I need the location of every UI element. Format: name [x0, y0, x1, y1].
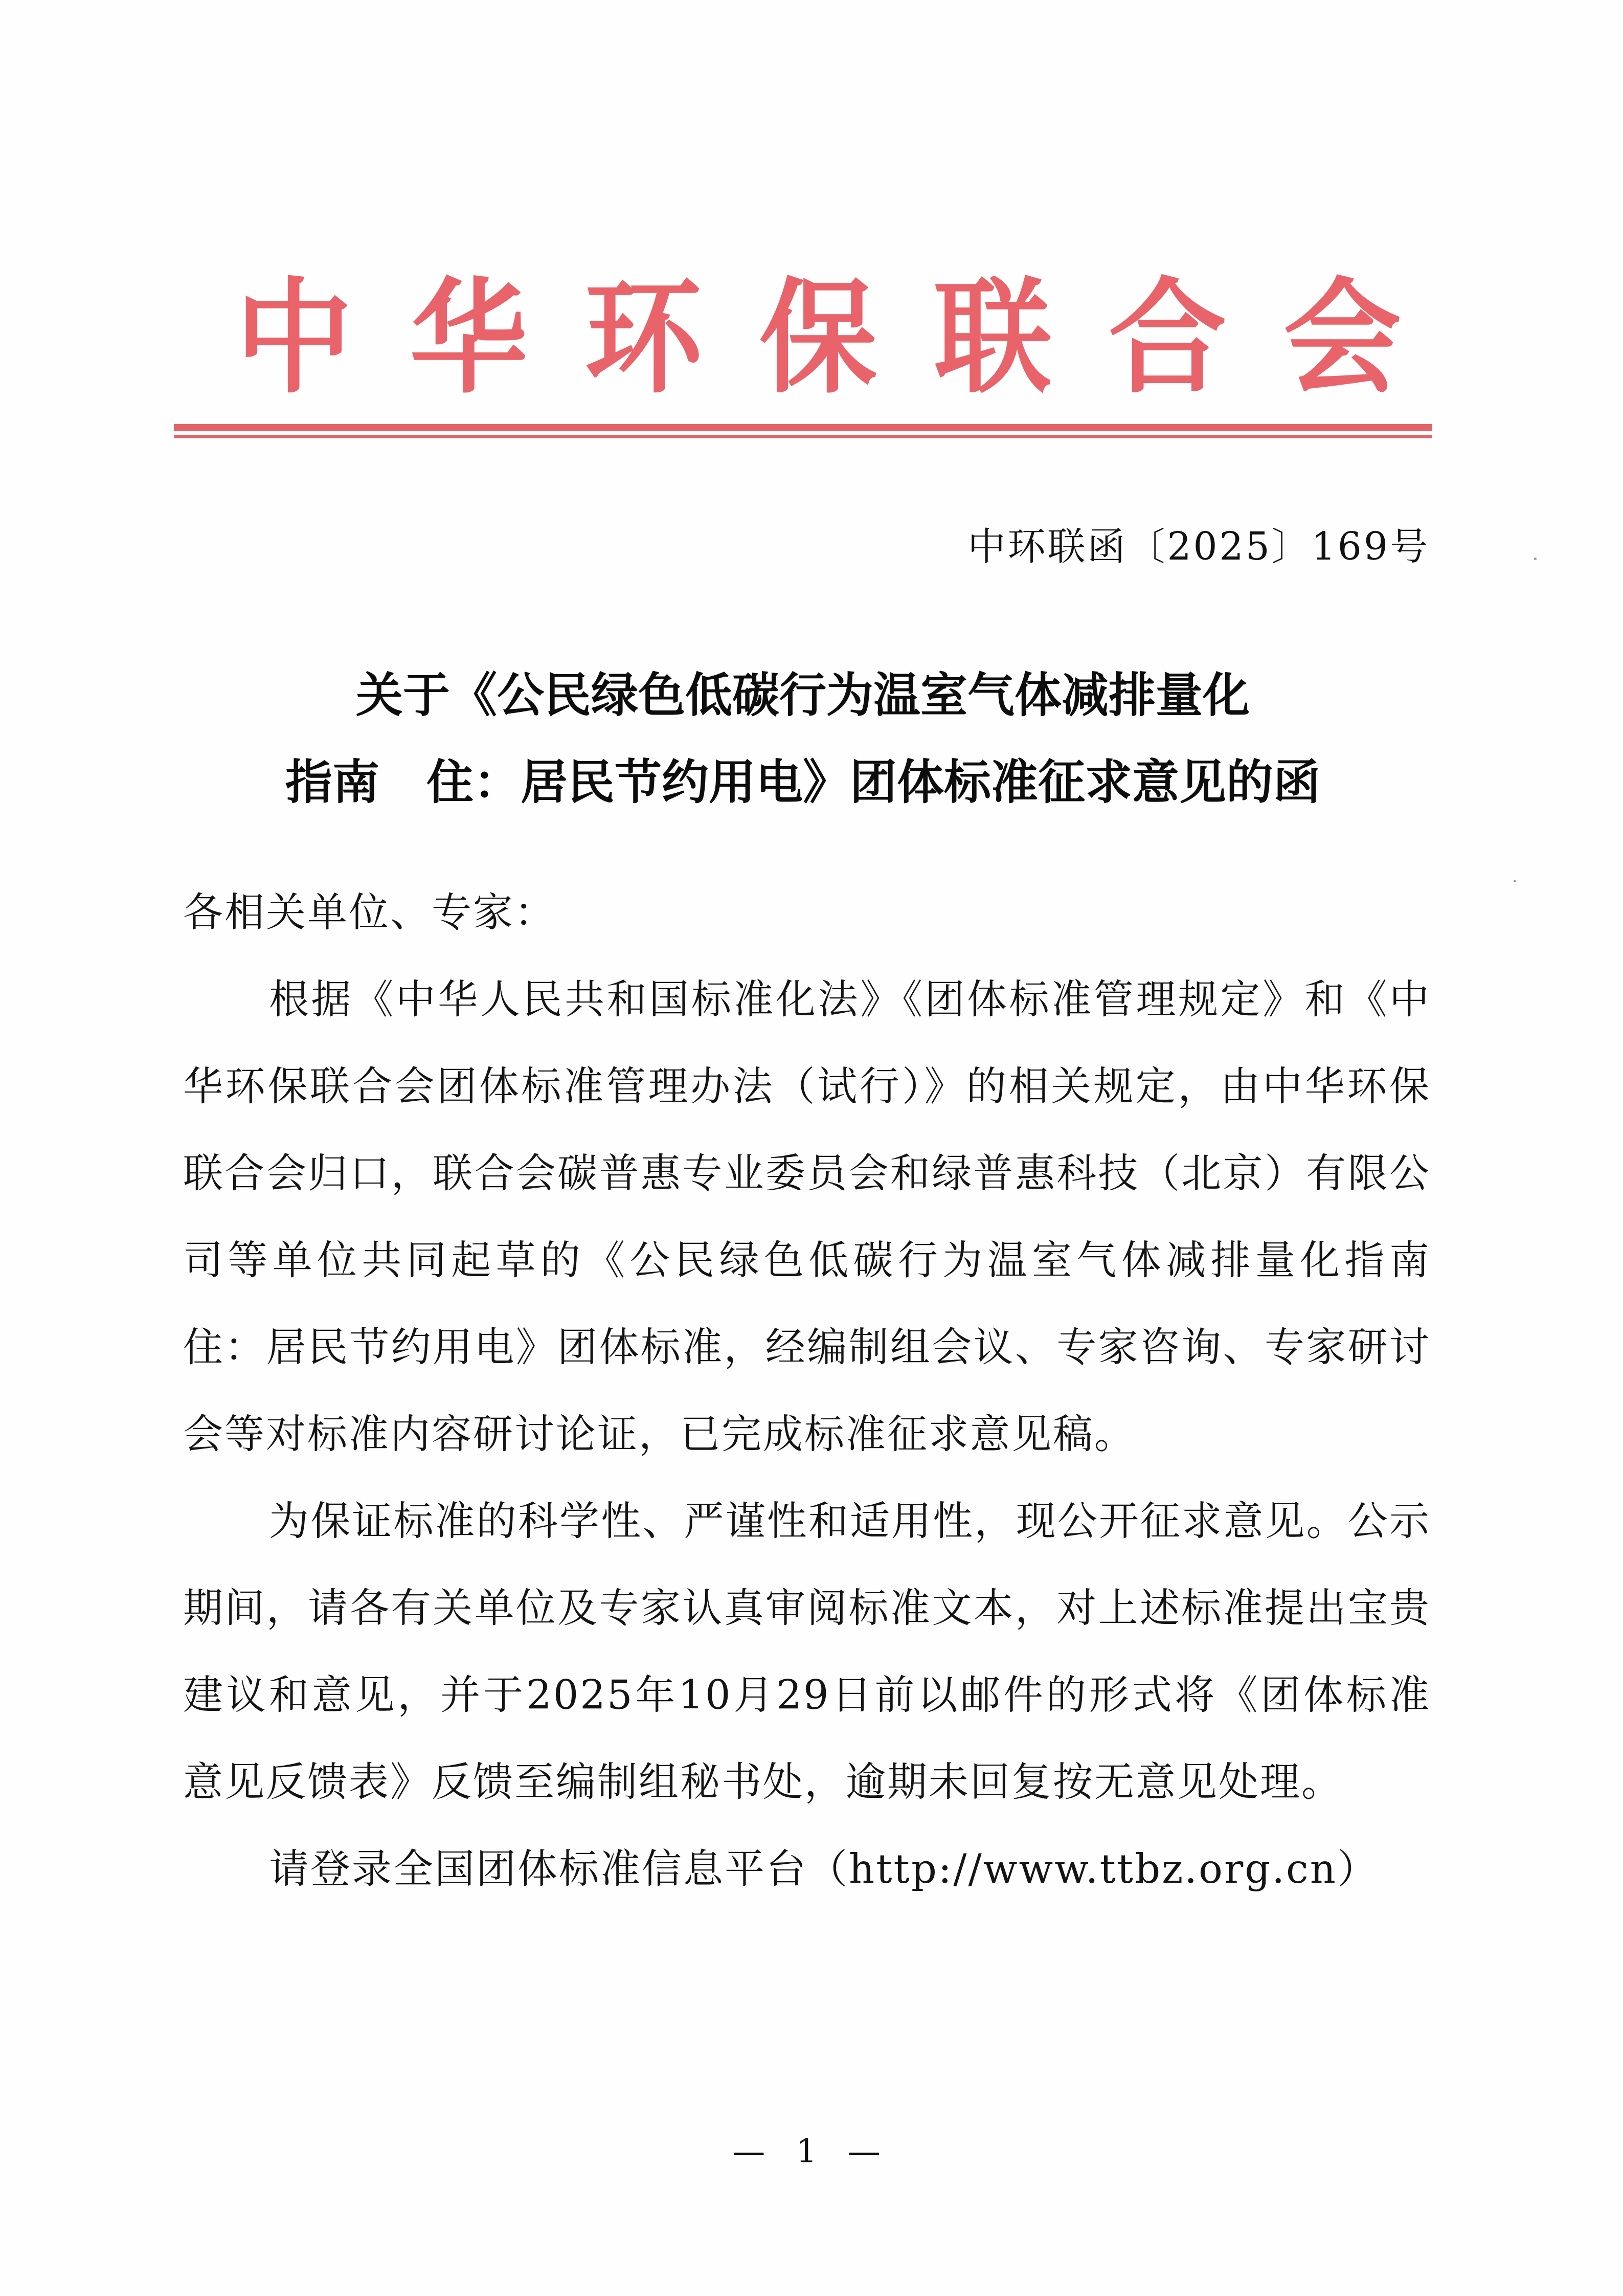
- document-number: 中环联函〔2025〕169号: [967, 517, 1430, 571]
- title-line-1: 关于《公民绿色低碳行为温室气体减排量化: [174, 652, 1432, 739]
- masthead-divider-thick: [174, 424, 1432, 431]
- scan-speck: [1514, 880, 1516, 882]
- masthead-char: 联: [934, 276, 1052, 399]
- scan-speck: [1534, 558, 1537, 560]
- masthead-divider-thin: [174, 435, 1432, 438]
- paragraph-call-for-comments: 为保证标准的科学性、严谨性和适用性，现公开征求意见。公示期间，请各有关单位及专家…: [183, 1478, 1431, 1826]
- masthead-char: 合: [1109, 276, 1226, 399]
- masthead-char: 保: [759, 276, 877, 399]
- masthead-char: 中: [235, 276, 353, 399]
- title-line-2: 指南 住：居民节约用电》团体标准征求意见的函: [174, 739, 1432, 826]
- salutation: 各相关单位、专家：: [183, 870, 1431, 956]
- document-title: 关于《公民绿色低碳行为温室气体减排量化 指南 住：居民节约用电》团体标准征求意见…: [174, 652, 1432, 826]
- paragraph-regulations: 根据《中华人民共和国标准化法》《团体标准管理规定》和《中华环保联合会团体标准管理…: [183, 956, 1431, 1478]
- letter-body: 各相关单位、专家： 根据《中华人民共和国标准化法》《团体标准管理规定》和《中华环…: [183, 870, 1431, 1913]
- masthead-char: 环: [584, 276, 702, 399]
- document-page: 中 华 环 保 联 合 会 中环联函〔2025〕169号 关于《公民绿色低碳行为…: [0, 0, 1623, 2296]
- masthead-char: 会: [1283, 276, 1401, 399]
- page-number: — 1 —: [0, 2133, 1623, 2171]
- masthead-organization-name: 中 华 环 保 联 合 会: [235, 266, 1401, 409]
- masthead-char: 华: [410, 276, 528, 399]
- paragraph-platform-login: 请登录全国团体标准信息平台（http://www.ttbz.org.cn）: [183, 1826, 1431, 1913]
